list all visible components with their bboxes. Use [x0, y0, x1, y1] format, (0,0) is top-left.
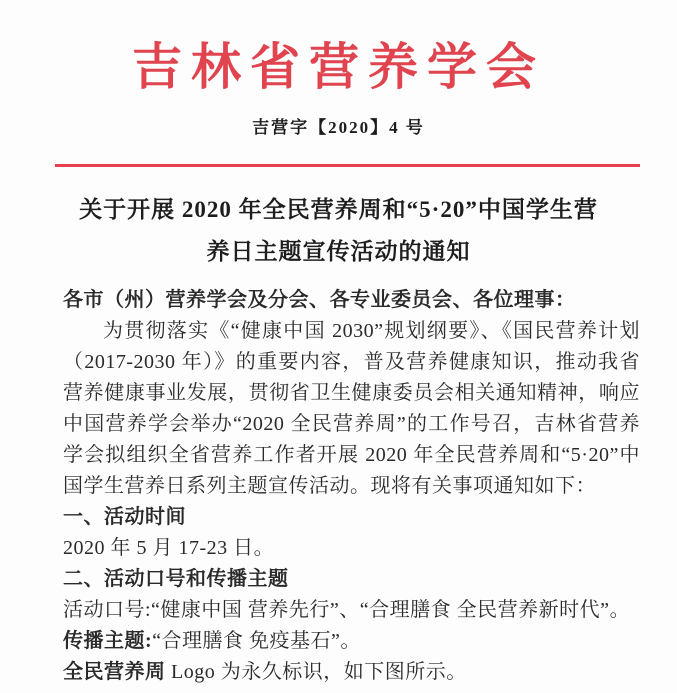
activity-date-line: 2020 年 5 月 17-23 日。: [63, 533, 640, 564]
notice-title: 关于开展 2020 年全民营养周和“5·20”中国学生营 养日主题宣传活动的通知: [0, 189, 677, 273]
document-page: 吉林省营养学会 吉营字【2020】4 号 关于开展 2020 年全民营养周和“5…: [0, 0, 677, 693]
section-heading-slogan-theme: 二、活动口号和传播主题: [63, 564, 640, 595]
red-divider-rule: [55, 164, 640, 167]
notice-body: 各市（州）营养学会及分会、各专业委员会、各位理事： 为贯彻落实《“健康中国 20…: [0, 285, 677, 688]
theme-line: 传播主题:“合理膳食 免疫基石”。: [63, 626, 640, 657]
org-name-letterhead: 吉林省营养学会: [0, 36, 677, 98]
activity-slogan-line: 活动口号:“健康中国 营养先行”、“合理膳食 全民营养新时代”。: [63, 595, 640, 626]
section-heading-activity-time: 一、活动时间: [63, 502, 640, 533]
document-number: 吉营字【2020】4 号: [0, 116, 677, 140]
intro-paragraph: 为贯彻落实《“健康中国 2030”规划纲要》、《国民营养计划（2017-2030…: [63, 316, 640, 502]
theme-label: 传播主题:: [63, 630, 152, 652]
salutation: 各市（州）营养学会及分会、各专业委员会、各位理事：: [63, 285, 640, 316]
theme-text: “合理膳食 免疫基石”。: [152, 630, 361, 652]
notice-title-line2: 养日主题宣传活动的通知: [0, 231, 677, 273]
notice-title-line1: 关于开展 2020 年全民营养周和“5·20”中国学生营: [0, 189, 677, 231]
logo-line: 全民营养周 Logo 为永久标识，如下图所示。: [63, 657, 640, 688]
logo-text: Logo 为永久标识，如下图所示。: [166, 661, 467, 683]
logo-label: 全民营养周: [63, 661, 166, 683]
